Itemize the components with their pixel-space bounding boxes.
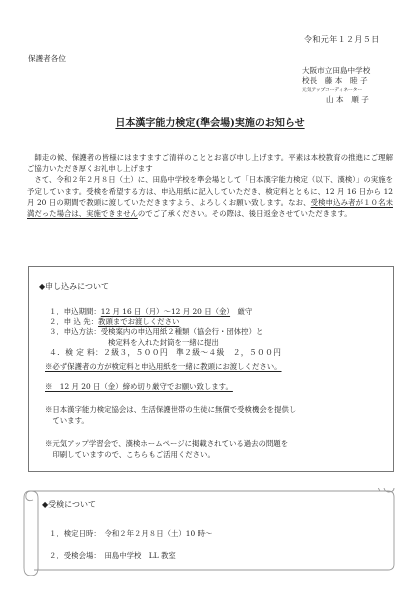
body-text: 師走の候、保護者の皆様にはますますご清祥のこととお喜び申し上げます。平素は本校教…: [27, 152, 393, 219]
item-label: １．検定日時：: [49, 529, 97, 538]
note-guardian: ※必ず保護者の方が検定料と申込用紙を一緒に教頭にお渡しください。: [45, 361, 282, 372]
exam-heading: ◆受検について: [42, 499, 96, 510]
item-label: ３．申込方法：: [49, 327, 101, 336]
sender-block: 大阪市立田島中学校 校長 藤 本 睦 子 元気アップコーディネーター 山 本 順…: [302, 66, 370, 105]
application-item: ３．申込方法：受検案内の申込用紙２種類（協会行・団体控）と: [49, 327, 281, 337]
notice-paragraph: さて、令和２年２月８日（土）に、田島中学校を準会場として「日本漢字能力検定（以下…: [27, 174, 393, 219]
exam-items: １．検定日時： 令和２年２月８日（土）10 時～ ２．受検会場： 田島中学校 L…: [49, 523, 212, 567]
application-item: ４．検 定 料：２級３，５００円 準２級～４級 ２，５００円: [49, 348, 281, 358]
note-free-exam: ※日本漢字能力検定協会は、生活保護世帯の生徒に無償で受検機会を提供し: [45, 404, 296, 415]
note-deadline: ※ 12 月 20 日（金）締め切り厳守でお願い致します。: [45, 381, 233, 392]
exam-item: ２．受検会場： 田島中学校 LL 教室: [49, 545, 212, 567]
principal-name: 校長 藤 本 睦 子: [302, 76, 370, 86]
exam-box: ◆受検について １．検定日時： 令和２年２月８日（土）10 時～ ２．受検会場：…: [22, 488, 396, 576]
application-item-continued: 検定料を入れた封筒を一緒に提出: [49, 338, 281, 348]
title-text: 日本漢字能力検定(準会場)実施のお知らせ: [115, 118, 304, 129]
school-name: 大阪市立田島中学校: [302, 66, 370, 76]
exam-item: １．検定日時： 令和２年２月８日（土）10 時～: [49, 523, 212, 545]
coordinator-name: 山 本 順 子: [302, 95, 370, 105]
document-date: 令和元年１２月５日: [304, 34, 380, 45]
item-value: 受検案内の申込用紙２種類（協会行・団体控）と: [101, 327, 264, 336]
note-practice: ※元気アップ学習会で、漢検ホームページに掲載されている過去の問題を: [45, 438, 288, 449]
addressee: 保護者各位: [28, 53, 66, 64]
greeting-paragraph: 師走の候、保護者の皆様にはますますご清祥のこととお喜び申し上げます。平素は本校教…: [27, 152, 393, 174]
item-suffix: 厳守: [230, 307, 252, 316]
application-heading: ◆申し込みについて: [39, 281, 109, 292]
note-free-exam-cont: ています。: [45, 415, 89, 426]
item-value: 教頭までお渡しください: [98, 317, 179, 326]
application-item: １．申込期間：12 月 16 日（月）～12 月 20 日（金） 厳守: [49, 307, 281, 317]
item-value: 令和２年２月８日（土）10 時～: [104, 529, 212, 538]
item-value: ２級３，５００円 準２級～４級 ２，５００円: [103, 348, 281, 357]
item-label: ２．申 込 先：: [49, 317, 98, 326]
item-label: ４．検 定 料：: [49, 348, 103, 357]
application-item: ２．申 込 先：教頭までお渡しください: [49, 317, 281, 327]
item-value: 田島中学校 LL 教室: [104, 551, 175, 560]
coordinator-title: 元気アップコーディネーター: [302, 86, 370, 95]
application-box: ◆申し込みについて １．申込期間：12 月 16 日（月）～12 月 20 日（…: [28, 266, 394, 472]
item-label: ２．受検会場：: [49, 551, 97, 560]
item-value: 12 月 16 日（月）～12 月 20 日（金）: [101, 307, 230, 316]
item-label: １．申込期間：: [49, 307, 101, 316]
notice-text-end: のでご了承ください。その際は、後日返金させていただきます。: [138, 209, 352, 218]
page-title: 日本漢字能力検定(準会場)実施のお知らせ: [0, 114, 420, 129]
application-items: １．申込期間：12 月 16 日（月）～12 月 20 日（金） 厳守 ２．申 …: [49, 307, 281, 358]
note-practice-cont: 印刷していますので、こちらもご活用ください。: [45, 449, 215, 460]
